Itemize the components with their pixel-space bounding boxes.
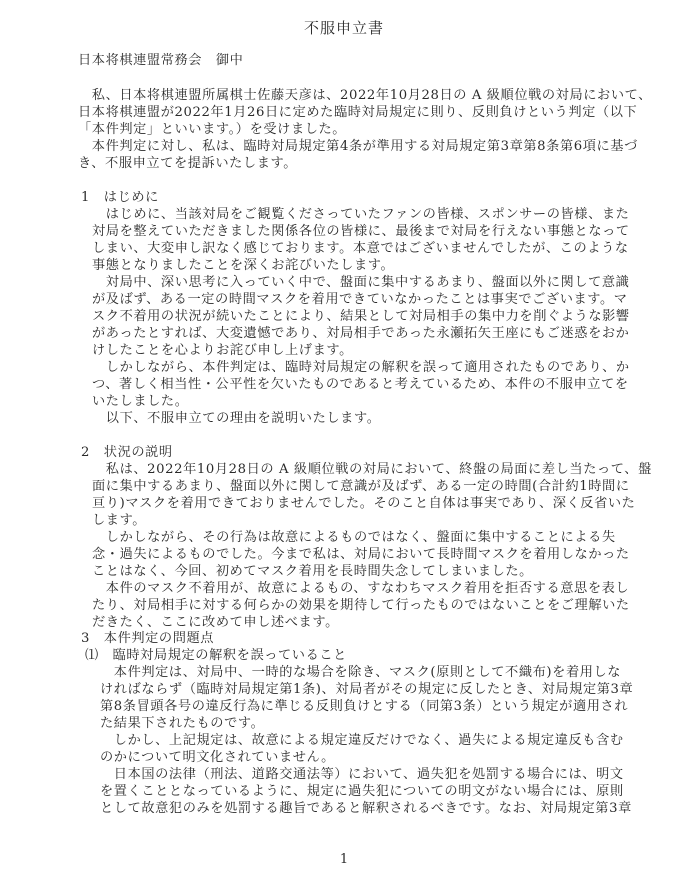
section-2-line: 私は、2022年10月28日の A 級順位戦の対局において、終盤の局面に差し当た… bbox=[92, 461, 652, 478]
section-1-line: しまい、大変申し訳なく感じております。本意ではございませんでしたが、このような bbox=[92, 240, 629, 257]
section-3-line: 本件判定は、対局中、一時的な場合を除き、マスク(原則として不織布)を着用しな bbox=[100, 664, 621, 681]
intro-line: 本件判定に対し、私は、臨時対局規定第4条が準用する対局規定第3章第8条第6項に基… bbox=[78, 138, 638, 155]
section-heading-3: 3 本件判定の問題点 bbox=[81, 630, 214, 647]
section-1-line: はじめに、当該対局をご観覧くださっていたファンの皆様、スポンサーの皆様、また bbox=[92, 206, 629, 223]
section-1-line: 対局を整えていただきました関係各位の皆様に、最後まで対局を行えない事態となって bbox=[92, 223, 630, 240]
intro-line: 私、日本将棋連盟所属棋士佐藤天彦は、2022年10月28日の A 級順位戦の対局… bbox=[78, 87, 652, 104]
section-3-line: しかし、上記規定は、故意による規定違反だけでなく、過失による規定違反も含む bbox=[100, 732, 624, 749]
section-3-line: 第8条冒頭各号の違反行為に準じる反則負けとする（同第3条）という規定が適用され bbox=[100, 698, 628, 715]
section-1-line: 対局中、深い思考に入っていく中で、盤面に集中するあまり、盤面以外に関して意識 bbox=[92, 274, 629, 291]
section-1-line: があったとすれば、大変遺憾であり、対局相手であった永瀬拓矢王座にもご迷惑をおか bbox=[92, 325, 629, 342]
section-1-line: が及ばず、ある一定の時間マスクを着用できていなかったことは事実でございます。マ bbox=[92, 291, 628, 308]
page-number: 1 bbox=[0, 852, 688, 867]
document-title: 不服申立書 bbox=[0, 17, 688, 38]
section-2-line: 念・過失によるものでした。今まで私は、対局において長時間マスクを着用しなかった bbox=[92, 546, 630, 563]
intro-line: 「本件判定」といいます。）を受けました。 bbox=[78, 121, 346, 138]
section-1-line: いたしました。 bbox=[92, 393, 189, 410]
section-1-line: 以下、不服申立ての理由を説明いたします。 bbox=[92, 410, 380, 427]
section-2-line: 本件のマスク不着用が、故意によるもの、すなわちマスク着用を拒否する意思を表し bbox=[92, 580, 629, 597]
section-1-line: けしたことを心よりお詫び申し上げます。 bbox=[92, 342, 353, 359]
section-2-line: 亘り)マスクを着用できておりませんでした。そのこと自体は事実であり、深く反省いた bbox=[92, 495, 635, 512]
subsection-heading: ⑴ 臨時対局規定の解釈を誤っていること bbox=[85, 647, 347, 664]
document-page: 不服申立書 日本将棋連盟常務会 御中 私、日本将棋連盟所属棋士佐藤天彦は、202… bbox=[0, 0, 688, 896]
section-heading-2: 2 状況の説明 bbox=[81, 444, 173, 461]
section-2-line: たり、対局相手に対する何らかの効果を期待して行ったものではないことをご理解いた bbox=[92, 597, 630, 614]
section-1-line: しかしながら、本件判定は、臨時対局規定の解釈を誤って適用されたものであり、か bbox=[92, 359, 630, 376]
section-3-line: ければならず（臨時対局規定第1条)、対局者がその規定に反したとき、対局規定第3章 bbox=[100, 681, 633, 698]
section-2-line: だきたく、ここに改めて申し述べます。 bbox=[92, 614, 339, 631]
section-2-line: 面に集中するあまり、盤面以外に関して意識が及ばず、ある一定の時間(合計約1時間に bbox=[92, 478, 630, 495]
section-2-line: しかしながら、その行為は故意によるものではなく、盤面に集中することによる失 bbox=[92, 529, 616, 546]
section-3-line: を置くこととなっているように、規定に過失犯についての明文がない場合には、原則 bbox=[100, 783, 624, 800]
section-1-line: 事態となりましたことを深くお詫びいたします。 bbox=[92, 257, 394, 274]
intro-line: き、不服申立てを提訴いたします。 bbox=[78, 155, 297, 172]
section-1-line: つ、著しく相当性・公平性を欠いたものであると考えているため、本件の不服申立てを bbox=[92, 376, 629, 393]
section-heading-1: 1 はじめに bbox=[81, 189, 159, 206]
section-3-line: のかについて明文化されていません。 bbox=[100, 749, 335, 766]
section-1-line: スク不着用の状況が続いたことにより、結果として対局相手の集中力を削ぐような影響 bbox=[92, 308, 630, 325]
section-3-line: 日本国の法律（刑法、道路交通法等）において、過失犯を処罰する場合には、明文 bbox=[100, 766, 624, 783]
section-3-line: た結果下されたものです。 bbox=[100, 715, 264, 732]
intro-line: 日本将棋連盟が2022年1月26日に定めた臨時対局規定に則り、反則負けという判定… bbox=[78, 104, 637, 121]
addressee: 日本将棋連盟常務会 御中 bbox=[78, 52, 243, 69]
section-3-line: として故意犯のみを処罰する趣旨であると解釈されるべきです。なお、対局規定第3章 bbox=[100, 800, 632, 817]
section-2-line: ことはなく、今回、初めてマスク着用を長時間失念してしまいました。 bbox=[92, 563, 533, 580]
section-2-line: します。 bbox=[92, 512, 146, 529]
